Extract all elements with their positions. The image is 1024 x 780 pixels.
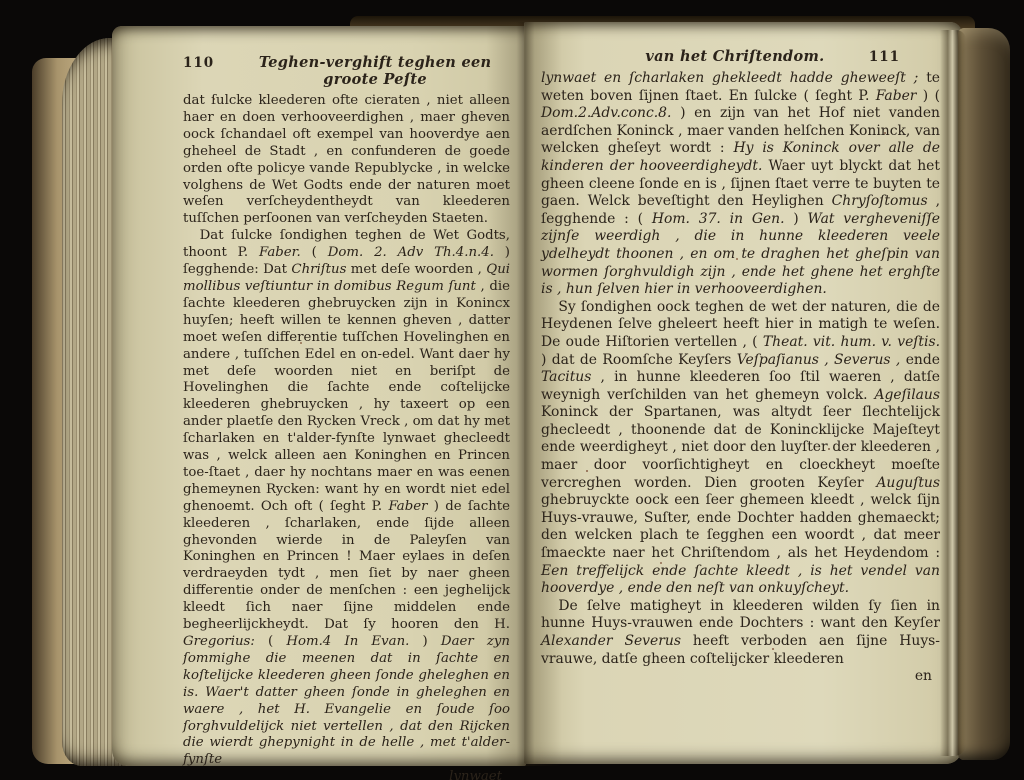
right-running-header: van het Chriſtendom. 111 [541,48,940,65]
left-page-number: 110 [183,55,214,71]
italic-text-run: Hom. 37. in Gen. [652,211,785,227]
text-run: ghebruyckte oock een ſeer ghemeen kleedt… [541,492,940,561]
italic-text-run: Gregorius: [183,634,255,649]
text-run: ( [255,634,287,649]
italic-text-run: Ageſilaus [874,387,940,403]
book-photograph: 110 Teghen-verghift teghen een groote Pe… [0,0,1024,780]
text-run: ( [301,245,328,260]
left-running-title: Teghen-verghift teghen een groote Peſte [240,54,510,88]
italic-text-run: Veſpaſianus , Severus , [737,352,901,368]
right-page-body: lynwaet en ſcharlaken ghekleedt hadde gh… [541,70,940,668]
left-running-header: 110 Teghen-verghift teghen een groote Pe… [183,54,510,88]
text-run: ) [785,211,808,227]
right-catchword-line: en [541,668,940,686]
paragraph: dat ſulcke kleederen ofte cieraten , nie… [183,93,510,228]
right-page-number: 111 [869,49,900,65]
italic-text-run: Faber [388,499,427,514]
text-run: met deſe woorden , [346,262,486,277]
left-catchword: lynwaet [449,769,502,780]
italic-text-run: Auguſtus [876,475,940,491]
paragraph: Sy ſondighen oock teghen de wet der natu… [541,299,940,598]
right-page-text: van het Chriſtendom. 111 lynwaet en ſcha… [541,48,940,686]
italic-text-run: Hom.4 In Evan. [286,634,409,649]
text-run: ) de ſachte kleederen , ſcharlaken, ende… [183,499,510,632]
italic-text-run: Faber [876,88,917,104]
italic-text-run: Alexander Severus [541,633,681,649]
paragraph: Dat ſulcke ſondighen teghen de Wet Godts… [183,228,510,769]
italic-text-run: Chriſtus [291,262,346,277]
italic-text-run: Dom.2.Adv.conc.8. [541,105,671,121]
italic-text-run: Daer zyn ſommighe die meenen dat in ſach… [183,634,510,767]
italic-text-run: Theat. vit. hum. v. veſtis. [763,334,940,350]
left-catchword-line: lynwaet [183,769,510,780]
left-page-body: dat ſulcke kleederen ofte cieraten , nie… [183,93,510,769]
right-page-fore-edge-crease [940,30,966,756]
paper-speckles [0,0,2,2]
text-run: ) dat de Roomſche Keyſers [541,352,737,368]
paragraph: lynwaet en ſcharlaken ghekleedt hadde gh… [541,70,940,299]
text-run: De ſelve matigheyt in kleederen wilden ſ… [541,598,940,632]
text-run: ) ( [916,88,940,104]
right-running-title: van het Chriſtendom. [541,48,859,65]
italic-text-run: Chryſoſtomus [832,193,928,209]
italic-text-run: lynwaet en ſcharlaken ghekleedt hadde gh… [541,70,918,86]
text-run: ) [409,634,441,649]
text-run: dat ſulcke kleederen ofte cieraten , nie… [183,93,510,226]
left-page-text: 110 Teghen-verghift teghen een groote Pe… [183,54,510,780]
text-run: ende [900,352,940,368]
paragraph: De ſelve matigheyt in kleederen wilden ſ… [541,598,940,668]
text-run: , die ſachte kleederen ghebruycken zijn … [183,279,510,514]
italic-text-run: Tacitus [541,369,591,385]
right-catchword: en [915,668,932,684]
italic-text-run: Faber. [259,245,301,260]
italic-text-run: Een treffelijck ende ſachte kleedt , is … [541,563,940,597]
italic-text-run: Dom. 2. Adv Th.4.n.4. [328,245,494,260]
